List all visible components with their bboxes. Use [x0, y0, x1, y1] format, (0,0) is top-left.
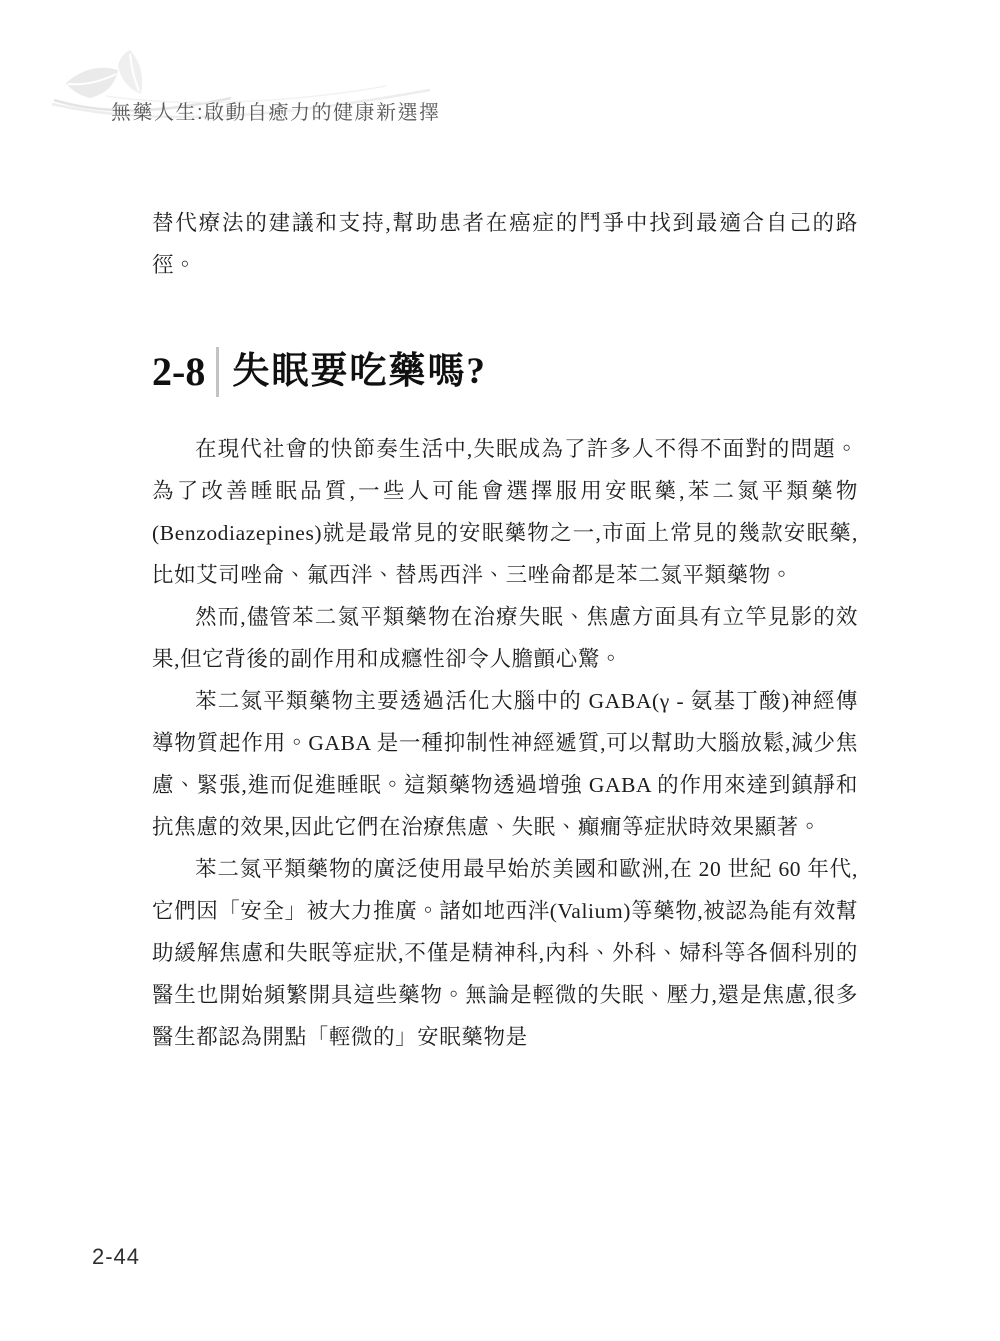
section-number: 2-8: [152, 352, 205, 392]
book-page: { "page": { "background": "#ffffff", "bo…: [0, 0, 1000, 1341]
paragraph-body-2: 然而,儘管苯二氮平類藥物在治療失眠、焦慮方面具有立竿見影的效果,但它背後的副作用…: [152, 596, 858, 680]
paragraph-continuation: 替代療法的建議和支持,幫助患者在癌症的鬥爭中找到最適合自己的路徑。: [152, 202, 858, 286]
paragraph-body-3: 苯二氮平類藥物主要透過活化大腦中的 GABA(γ - 氨基丁酸)神經傳導物質起作…: [152, 680, 858, 848]
running-head-book-title: 無藥人生:啟動自癒力的健康新選擇: [111, 96, 441, 125]
leaf-swoosh-icon: [46, 38, 436, 143]
section-divider: [216, 347, 219, 397]
section-title: 失眠要吃藥嗎?: [232, 350, 487, 394]
page-content: 替代療法的建議和支持,幫助患者在癌症的鬥爭中找到最適合自己的路徑。 2-8 失眠…: [152, 202, 858, 1058]
section-heading: 2-8 失眠要吃藥嗎?: [152, 344, 858, 400]
page-number: 2-44: [92, 1244, 140, 1270]
paragraph-body-4: 苯二氮平類藥物的廣泛使用最早始於美國和歐洲,在 20 世紀 60 年代,它們因「…: [152, 848, 858, 1058]
paragraph-body-1: 在現代社會的快節奏生活中,失眠成為了許多人不得不面對的問題。為了改善睡眠品質,一…: [152, 428, 858, 596]
